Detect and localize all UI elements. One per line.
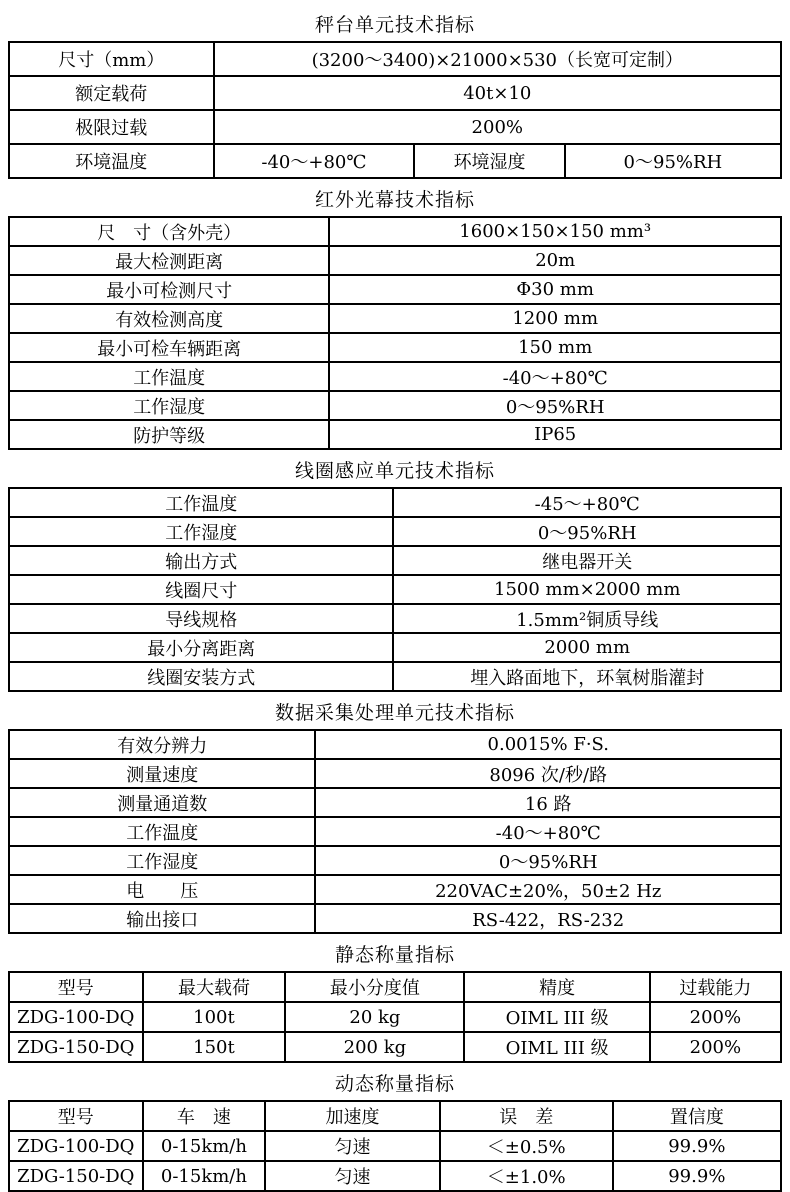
table-row: 有效检测高度1200 mm (9, 304, 781, 333)
spec-label-cell: 环境温度 (9, 144, 214, 178)
table-row: 线圈安装方式埋入路面地下，环氧树脂灌封 (9, 662, 781, 691)
spec-value-cell: 150 mm (329, 333, 781, 362)
table-row: 最小可检测尺寸Φ30 mm (9, 275, 781, 304)
header-cell: 型号 (9, 972, 143, 1002)
spec-value-cell: (3200～3400)×21000×530（长宽可定制） (214, 42, 781, 76)
table-row: 尺 寸（含外壳）1600×150×150 mm³ (9, 217, 781, 246)
spec-value-cell: 匀速 (265, 1131, 439, 1161)
table-row: 导线规格1.5mm²铜质导线 (9, 604, 781, 633)
spec-label-cell: 额定载荷 (9, 76, 214, 110)
static-weighing-specs-table: 型号最大载荷最小分度值精度过载能力ZDG-100-DQ100t20 kgOIML… (8, 971, 782, 1063)
table-row: 尺寸（mm）(3200～3400)×21000×530（长宽可定制） (9, 42, 781, 76)
header-cell: 置信度 (613, 1101, 781, 1131)
spec-value-cell: 40t×10 (214, 76, 781, 110)
spec-value-cell: 2000 mm (393, 633, 781, 662)
static-weighing-specs-title: 静态称量指标 (8, 940, 782, 967)
spec-label-cell: 输出方式 (9, 546, 393, 575)
spec-value-cell: 0～95%RH (393, 517, 781, 546)
header-cell: 最小分度值 (285, 972, 464, 1002)
table-row: 工作温度-40～+80℃ (9, 362, 781, 391)
spec-label-cell: 尺 寸（含外壳） (9, 217, 329, 246)
spec-label-cell: 有效分辨力 (9, 730, 315, 759)
document-body: 秤台单元技术指标尺寸（mm）(3200～3400)×21000×530（长宽可定… (8, 10, 782, 1192)
header-cell: 加速度 (265, 1101, 439, 1131)
table-row: 工作湿度0～95%RH (9, 846, 781, 875)
table-row: 最小可检车辆距离150 mm (9, 333, 781, 362)
spec-label-cell: 工作湿度 (9, 391, 329, 420)
spec-label-cell: 工作温度 (9, 817, 315, 846)
spec-value-cell: -40～+80℃ (214, 144, 415, 178)
spec-value-cell: IP65 (329, 420, 781, 449)
spec-value-cell: 16 路 (315, 788, 781, 817)
spec-value-cell: 200% (650, 1032, 781, 1062)
header-cell: 最大载荷 (143, 972, 286, 1002)
spec-label-cell: 极限过载 (9, 110, 214, 144)
spec-value-cell: 220VAC±20%，50±2 Hz (315, 875, 781, 904)
dynamic-weighing-specs-title: 动态称量指标 (8, 1069, 782, 1096)
spec-label-cell: 测量速度 (9, 759, 315, 788)
spec-value-cell: 匀速 (265, 1161, 439, 1191)
table-row: 极限过载200% (9, 110, 781, 144)
table-row: 环境温度-40～+80℃环境湿度0～95%RH (9, 144, 781, 178)
spec-label-cell: 工作温度 (9, 488, 393, 517)
spec-value-cell: ZDG-100-DQ (9, 1131, 143, 1161)
spec-value-cell: OIML III 级 (464, 1002, 649, 1032)
table-row: 工作湿度0～95%RH (9, 517, 781, 546)
spec-value-cell: ＜±0.5% (440, 1131, 613, 1161)
spec-value-cell: 0～95%RH (329, 391, 781, 420)
spec-label-cell: 工作湿度 (9, 517, 393, 546)
spec-value-cell: 0-15km/h (143, 1131, 266, 1161)
spec-label-cell: 最大检测距离 (9, 246, 329, 275)
spec-value-cell: ZDG-100-DQ (9, 1002, 143, 1032)
spec-value-cell: 1.5mm²铜质导线 (393, 604, 781, 633)
platform-unit-specs-title: 秤台单元技术指标 (8, 10, 782, 37)
infrared-light-curtain-specs-section: 红外光幕技术指标尺 寸（含外壳）1600×150×150 mm³最大检测距离20… (8, 185, 782, 450)
spec-value-cell: OIML III 级 (464, 1032, 649, 1062)
spec-label-cell: 尺寸（mm） (9, 42, 214, 76)
spec-value-cell: 150t (143, 1032, 286, 1062)
table-row: 额定载荷40t×10 (9, 76, 781, 110)
spec-value-cell: ZDG-150-DQ (9, 1161, 143, 1191)
spec-value-cell: 8096 次/秒/路 (315, 759, 781, 788)
spec-label-cell: 工作湿度 (9, 846, 315, 875)
coil-induction-unit-specs-title: 线圈感应单元技术指标 (8, 456, 782, 483)
platform-unit-specs-section: 秤台单元技术指标尺寸（mm）(3200～3400)×21000×530（长宽可定… (8, 10, 782, 179)
coil-induction-unit-specs-table: 工作温度-45～+80℃工作湿度0～95%RH输出方式继电器开关线圈尺寸1500… (8, 487, 782, 692)
spec-value-cell: 继电器开关 (393, 546, 781, 575)
data-acquisition-unit-specs-table: 有效分辨力0.0015% F·S.测量速度8096 次/秒/路测量通道数16 路… (8, 729, 782, 934)
table-header-row: 型号车 速加速度误 差置信度 (9, 1101, 781, 1131)
table-row: 工作湿度0～95%RH (9, 391, 781, 420)
table-row: 最小分离距离2000 mm (9, 633, 781, 662)
table-row: ZDG-100-DQ100t20 kgOIML III 级200% (9, 1002, 781, 1032)
spec-label-cell: 最小分离距离 (9, 633, 393, 662)
infrared-light-curtain-specs-table: 尺 寸（含外壳）1600×150×150 mm³最大检测距离20m最小可检测尺寸… (8, 216, 782, 450)
header-cell: 误 差 (440, 1101, 613, 1131)
spec-value-cell: -40～+80℃ (315, 817, 781, 846)
spec-value-cell: RS-422，RS-232 (315, 904, 781, 933)
table-row: 最大检测距离20m (9, 246, 781, 275)
spec-value-cell: 0～95%RH (565, 144, 781, 178)
infrared-light-curtain-specs-title: 红外光幕技术指标 (8, 185, 782, 212)
spec-value-cell: 100t (143, 1002, 286, 1032)
dynamic-weighing-specs-section: 动态称量指标型号车 速加速度误 差置信度ZDG-100-DQ0-15km/h匀速… (8, 1069, 782, 1192)
spec-value-cell: 200% (650, 1002, 781, 1032)
spec-value-cell: ＜±1.0% (440, 1161, 613, 1191)
spec-value-cell: 1500 mm×2000 mm (393, 575, 781, 604)
table-row: 工作温度-45～+80℃ (9, 488, 781, 517)
spec-label-cell: 最小可检测尺寸 (9, 275, 329, 304)
table-row: ZDG-150-DQ150t200 kgOIML III 级200% (9, 1032, 781, 1062)
spec-value-cell: -40～+80℃ (329, 362, 781, 391)
table-row: 测量通道数16 路 (9, 788, 781, 817)
data-acquisition-unit-specs-section: 数据采集处理单元技术指标有效分辨力0.0015% F·S.测量速度8096 次/… (8, 698, 782, 934)
spec-value-cell: 0～95%RH (315, 846, 781, 875)
dynamic-weighing-specs-table: 型号车 速加速度误 差置信度ZDG-100-DQ0-15km/h匀速＜±0.5%… (8, 1100, 782, 1192)
spec-value-cell: 1600×150×150 mm³ (329, 217, 781, 246)
spec-label-cell: 线圈安装方式 (9, 662, 393, 691)
table-row: 线圈尺寸1500 mm×2000 mm (9, 575, 781, 604)
spec-value-cell: Φ30 mm (329, 275, 781, 304)
spec-label-cell: 工作温度 (9, 362, 329, 391)
table-row: ZDG-150-DQ0-15km/h匀速＜±1.0%99.9% (9, 1161, 781, 1191)
header-cell: 型号 (9, 1101, 143, 1131)
spec-value-cell: 0.0015% F·S. (315, 730, 781, 759)
table-row: 电 压220VAC±20%，50±2 Hz (9, 875, 781, 904)
spec-value-cell: ZDG-150-DQ (9, 1032, 143, 1062)
table-row: 工作温度-40～+80℃ (9, 817, 781, 846)
spec-value-cell: 200% (214, 110, 781, 144)
header-cell: 精度 (464, 972, 649, 1002)
spec-value-cell: 埋入路面地下，环氧树脂灌封 (393, 662, 781, 691)
spec-label-cell: 输出接口 (9, 904, 315, 933)
spec-label-cell: 测量通道数 (9, 788, 315, 817)
table-row: 防护等级IP65 (9, 420, 781, 449)
spec-value-cell: 20m (329, 246, 781, 275)
spec-value-cell: 0-15km/h (143, 1161, 266, 1191)
table-row: 输出接口RS-422，RS-232 (9, 904, 781, 933)
spec-value-cell: 99.9% (613, 1131, 781, 1161)
header-cell: 过载能力 (650, 972, 781, 1002)
spec-value-cell: 99.9% (613, 1161, 781, 1191)
table-row: 测量速度8096 次/秒/路 (9, 759, 781, 788)
spec-value-cell: -45～+80℃ (393, 488, 781, 517)
platform-unit-specs-table: 尺寸（mm）(3200～3400)×21000×530（长宽可定制）额定载荷40… (8, 41, 782, 179)
data-acquisition-unit-specs-title: 数据采集处理单元技术指标 (8, 698, 782, 725)
spec-label-cell: 最小可检车辆距离 (9, 333, 329, 362)
table-row: 有效分辨力0.0015% F·S. (9, 730, 781, 759)
spec-label-cell: 线圈尺寸 (9, 575, 393, 604)
spec-label-cell: 有效检测高度 (9, 304, 329, 333)
coil-induction-unit-specs-section: 线圈感应单元技术指标工作温度-45～+80℃工作湿度0～95%RH输出方式继电器… (8, 456, 782, 692)
header-cell: 车 速 (143, 1101, 266, 1131)
table-row: ZDG-100-DQ0-15km/h匀速＜±0.5%99.9% (9, 1131, 781, 1161)
spec-value-cell: 环境湿度 (414, 144, 565, 178)
table-header-row: 型号最大载荷最小分度值精度过载能力 (9, 972, 781, 1002)
spec-label-cell: 防护等级 (9, 420, 329, 449)
spec-label-cell: 导线规格 (9, 604, 393, 633)
spec-value-cell: 200 kg (285, 1032, 464, 1062)
table-row: 输出方式继电器开关 (9, 546, 781, 575)
spec-value-cell: 20 kg (285, 1002, 464, 1032)
spec-label-cell: 电 压 (9, 875, 315, 904)
spec-value-cell: 1200 mm (329, 304, 781, 333)
static-weighing-specs-section: 静态称量指标型号最大载荷最小分度值精度过载能力ZDG-100-DQ100t20 … (8, 940, 782, 1063)
